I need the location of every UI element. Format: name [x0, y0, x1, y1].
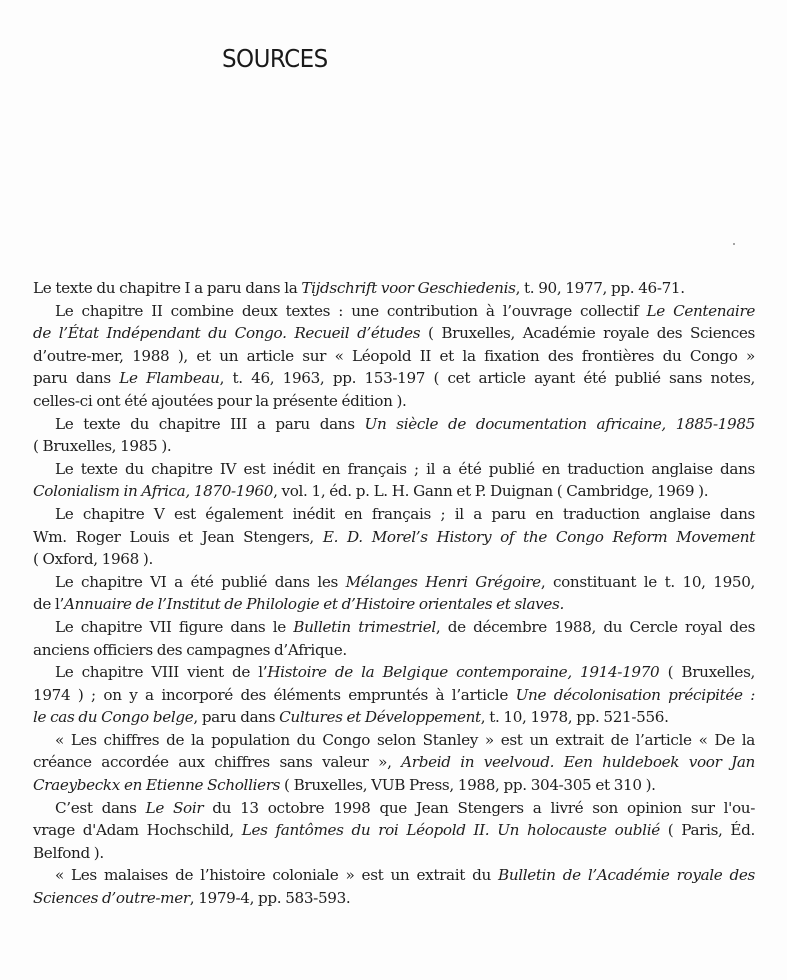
text-line: Le chapitre II combine deux textes : une…	[33, 300, 755, 323]
italic-title: Colonialism in Africa, 1870-1960	[33, 482, 273, 500]
text-line: Le texte du chapitre I a paru dans la Ti…	[33, 277, 755, 300]
text-run: Le texte du chapitre IV est inédit en fr…	[55, 460, 755, 478]
italic-title: de l’État Indépendant du Congo. Recueil …	[33, 324, 420, 342]
text-line: le cas du Congo belge, paru dans Culture…	[33, 706, 755, 729]
text-line: Wm. Roger Louis et Jean Stengers, E. D. …	[33, 526, 755, 549]
text-run: , 1979-4, pp. 583-593.	[190, 889, 351, 907]
italic-title: Mélanges Henri Grégoire	[346, 573, 541, 591]
text-run: Le texte du chapitre I a paru dans la	[33, 279, 301, 297]
text-line: celles-ci ont été ajoutées pour la prése…	[33, 390, 755, 413]
text-run: « Les malaises de l’histoire coloniale »…	[55, 866, 498, 884]
page-heading: SOURCES	[222, 44, 328, 73]
italic-title: Le Flambeau	[119, 369, 219, 387]
paragraph-ch6: Le chapitre VI a été publié dans les Mél…	[33, 571, 755, 616]
text-run: ( Bruxelles, Académie royale des Science…	[420, 324, 755, 342]
paragraph-lesoir: C’est dans Le Soir du 13 octobre 1998 qu…	[33, 797, 755, 865]
text-line: 1974 ) ; on y a incorporé des éléments e…	[33, 684, 755, 707]
text-run: Le chapitre VII figure dans le	[55, 618, 293, 636]
text-line: ( Bruxelles, 1985 ).	[33, 435, 755, 458]
text-line: Le chapitre V est également inédit en fr…	[33, 503, 755, 526]
text-run: Le texte du chapitre III a paru dans	[55, 415, 365, 433]
text-line: C’est dans Le Soir du 13 octobre 1998 qu…	[33, 797, 755, 820]
text-run: 1974 ) ; on y a incorporé des éléments e…	[33, 686, 516, 704]
text-line: Craeybeckx en Etienne Scholliers ( Bruxe…	[33, 774, 755, 797]
text-run: Wm. Roger Louis et Jean Stengers,	[33, 528, 323, 546]
text-run: , paru dans	[193, 708, 279, 726]
text-run: Le chapitre VI a été publié dans les	[55, 573, 346, 591]
text-run: ( Oxford, 1968 ).	[33, 550, 153, 568]
text-line: anciens officiers des campagnes d’Afriqu…	[33, 639, 755, 662]
text-run: , de décembre 1988, du Cercle royal des	[436, 618, 755, 636]
text-line: de l’État Indépendant du Congo. Recueil …	[33, 322, 755, 345]
italic-title: Arbeid in veelvoud. Een huldeboek voor J…	[401, 753, 755, 771]
text-run: , constituant le t. 10, 1950,	[541, 573, 755, 591]
text-line: Belfond ).	[33, 842, 755, 865]
scan-speck	[733, 243, 735, 245]
text-run: ( Bruxelles, VUB Press, 1988, pp. 304-30…	[280, 776, 656, 794]
text-run: C’est dans	[55, 799, 146, 817]
text-run: celles-ci ont été ajoutées pour la prése…	[33, 392, 407, 410]
text-run: de l’	[33, 595, 64, 613]
book-page: SOURCES Le texte du chapitre I a paru da…	[0, 0, 787, 980]
italic-title: le cas du Congo belge	[33, 708, 193, 726]
text-run: anciens officiers des campagnes d’Afriqu…	[33, 641, 347, 659]
text-line: Le chapitre VIII vient de l’Histoire de …	[33, 661, 755, 684]
paragraph-ch8: Le chapitre VIII vient de l’Histoire de …	[33, 661, 755, 729]
text-run: Le chapitre VIII vient de l’	[55, 663, 267, 681]
italic-title: Cultures et Développement	[279, 708, 481, 726]
paragraph-ch5: Le chapitre V est également inédit en fr…	[33, 503, 755, 571]
text-run: , t. 10, 1978, pp. 521-556.	[481, 708, 669, 726]
italic-title: E. D. Morel’s History of the Congo Refor…	[323, 528, 755, 546]
text-run: d’outre-mer, 1988 ), et un article sur «…	[33, 347, 755, 365]
text-line: créance accordée aux chiffres sans valeu…	[33, 751, 755, 774]
text-line: paru dans Le Flambeau, t. 46, 1963, pp. …	[33, 367, 755, 390]
text-line: d’outre-mer, 1988 ), et un article sur «…	[33, 345, 755, 368]
sources-body: Le texte du chapitre I a paru dans la Ti…	[33, 277, 755, 910]
text-run: ( Bruxelles,	[659, 663, 755, 681]
text-line: Le chapitre VI a été publié dans les Mél…	[33, 571, 755, 594]
paragraph-ch2: Le chapitre II combine deux textes : une…	[33, 300, 755, 413]
text-run: , t. 46, 1963, pp. 153-197 ( cet article…	[220, 369, 755, 387]
text-line: « Les malaises de l’histoire coloniale »…	[33, 864, 755, 887]
paragraph-ch1: Le texte du chapitre I a paru dans la Ti…	[33, 277, 755, 300]
italic-title: Bulletin de l’Académie royale des	[498, 866, 755, 884]
italic-title: Le Centenaire	[647, 302, 755, 320]
text-run: vrage d'Adam Hochschild,	[33, 821, 242, 839]
text-line: Le chapitre VII figure dans le Bulletin …	[33, 616, 755, 639]
paragraph-ch4: Le texte du chapitre IV est inédit en fr…	[33, 458, 755, 503]
italic-title: Le Soir	[146, 799, 204, 817]
italic-title: Un siècle de documentation africaine, 18…	[365, 415, 755, 433]
text-line: Le texte du chapitre III a paru dans Un …	[33, 413, 755, 436]
paragraph-ch7: Le chapitre VII figure dans le Bulletin …	[33, 616, 755, 661]
paragraph-malaises: « Les malaises de l’histoire coloniale »…	[33, 864, 755, 909]
text-run: Le chapitre V est également inédit en fr…	[55, 505, 755, 523]
italic-title: Les fantômes du roi Léopold II. Un holoc…	[242, 821, 660, 839]
text-run: Le chapitre II combine deux textes : une…	[55, 302, 647, 320]
italic-title: Bulletin trimestriel	[293, 618, 436, 636]
text-run: paru dans	[33, 369, 119, 387]
text-line: Sciences d’outre-mer, 1979-4, pp. 583-59…	[33, 887, 755, 910]
italic-title: Sciences d’outre-mer	[33, 889, 190, 907]
text-run: ( Bruxelles, 1985 ).	[33, 437, 171, 455]
paragraph-ch3: Le texte du chapitre III a paru dans Un …	[33, 413, 755, 458]
italic-title: Annuaire de l’Institut de Philologie et …	[64, 595, 564, 613]
text-line: ( Oxford, 1968 ).	[33, 548, 755, 571]
text-run: , vol. 1, éd. p. L. H. Gann et P. Duigna…	[273, 482, 708, 500]
text-line: vrage d'Adam Hochschild, Les fantômes du…	[33, 819, 755, 842]
text-run: « Les chiffres de la population du Congo…	[55, 731, 755, 749]
text-line: Le texte du chapitre IV est inédit en fr…	[33, 458, 755, 481]
italic-title: Histoire de la Belgique contemporaine, 1…	[267, 663, 659, 681]
paragraph-stanley: « Les chiffres de la population du Congo…	[33, 729, 755, 797]
text-run: créance accordée aux chiffres sans valeu…	[33, 753, 401, 771]
text-line: Colonialism in Africa, 1870-1960, vol. 1…	[33, 480, 755, 503]
text-line: de l’Annuaire de l’Institut de Philologi…	[33, 593, 755, 616]
text-run: du 13 octobre 1998 que Jean Stengers a l…	[203, 799, 755, 817]
text-run: , t. 90, 1977, pp. 46-71.	[516, 279, 685, 297]
italic-title: Craeybeckx en Etienne Scholliers	[33, 776, 280, 794]
text-run: ( Paris, Éd.	[660, 821, 755, 839]
text-line: « Les chiffres de la population du Congo…	[33, 729, 755, 752]
italic-title: Une décolonisation précipitée :	[516, 686, 755, 704]
italic-title: Tijdschrift voor Geschiedenis	[301, 279, 515, 297]
text-run: Belfond ).	[33, 844, 104, 862]
